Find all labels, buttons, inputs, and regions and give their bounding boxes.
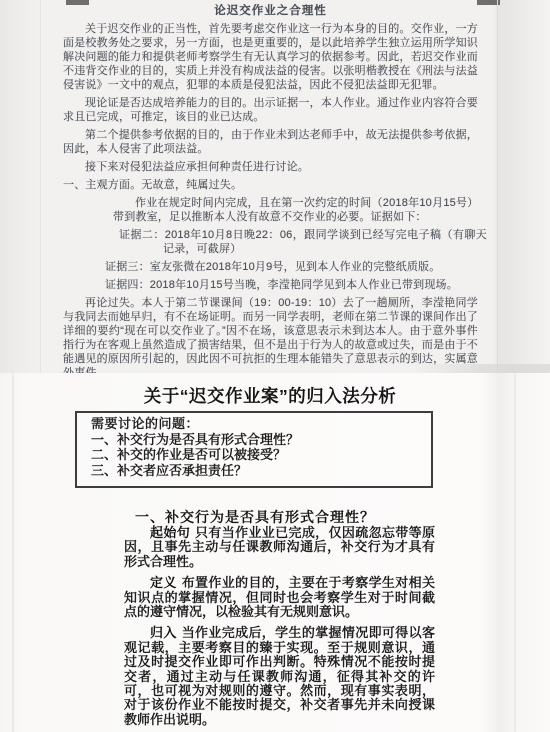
evidence-item-3: 证据三：室友张微在2018年10月9号，见到本人作业的完整纸质版。 [105,260,485,274]
analysis-paragraph-opening: 起始句只有当作业业已完成，仅因疏忽忘带等原因，且事先主动与任课教师沟通后，补交行… [124,526,435,569]
essay-paragraph-purpose: 关于迟交作业的正当性，首先要考虑交作业这一行为本身的目的。交作业，一方面是校教务… [63,22,478,92]
analysis-section-heading: 一、补交行为是否具有形式合理性？ [75,507,435,527]
essay-heading-subjective: 一、主观方面。无故意，纯属过失。 [63,178,478,192]
scan-streak-right [514,373,516,732]
question-item-3: 三、补交者应否承担责任？ [91,463,421,479]
analysis-paragraph-definition: 定义布置作业的目的，主要在于考察学生对相关知识点的掌握情况，但同时也会考察学生对… [124,576,435,619]
questions-box-header: 需要讨论的问题： [91,416,421,432]
essay-paragraph-proof1: 现论证是否达成培养能力的目的。出示证据一，本人作业。通过作业内容符合要求且已完成… [63,96,478,124]
essay-paragraph-transition: 接下来对侵犯法益应承担何种责任进行讨论。 [63,160,478,174]
screenshot-stage: 论迟交作业之合理性 关于迟交作业的正当性，首先要考虑交作业这一行为本身的目的。交… [0,0,550,732]
essay-body: 论迟交作业之合理性 关于迟交作业的正当性，首先要考虑交作业这一行为本身的目的。交… [63,0,478,380]
analysis-text-subsumption: 当作业完成后，学生的掌握情况即可得以客观记载，主要考察目的臻于实现。至于规则意识… [124,625,435,726]
analysis-body: 起始句只有当作业业已完成，仅因疏忽忘带等原因，且事先主动与任课教师沟通后，补交行… [124,526,435,727]
paper-edge-line-left [40,0,41,373]
lead-word-subsumption: 归入 [150,625,177,640]
scan-streak-left [12,373,14,732]
analysis-title: 关于“迟交作业案”的归入法分析 [0,383,540,408]
paper-edge-line-right [497,0,498,373]
evidence-item-2: 证据二：2018年10月8日晚22：06，跟同学谈到已经写完电子稿（有聊天记录，… [119,228,487,256]
lead-word-definition: 定义 [150,575,177,590]
essay-paragraph-homework-done: 作业在规定时间内完成，且在第一次约定的时间（2018年10月15号）带到教室，足… [113,196,473,224]
question-item-2: 二、补交的作业是否可以被接受？ [91,447,421,463]
question-item-1: 一、补交行为是否具有形式合理性？ [91,432,421,448]
lead-word-opening: 起始句 [150,525,190,540]
analysis-sheet-photo: 关于“迟交作业案”的归入法分析 需要讨论的问题： 一、补交行为是否具有形式合理性… [0,373,550,732]
essay-paragraph-proof2: 第二个提供参考依据的目的，由于作业未到达老师手中，故无法提供参考依据，因此，本人… [63,128,478,156]
essay-title: 论迟交作业之合理性 [63,0,478,18]
essay-page-photo: 论迟交作业之合理性 关于迟交作业的正当性，首先要考虑交作业这一行为本身的目的。交… [0,0,550,373]
analysis-paragraph-subsumption: 归入当作业完成后，学生的掌握情况即可得以客观记载，主要考察目的臻于实现。至于规则… [124,626,435,727]
evidence-item-4: 证据四：2018年10月15号当晚，李滢艳同学见到本人作业已带到现场。 [105,278,485,292]
questions-box: 需要讨论的问题： 一、补交行为是否具有形式合理性？ 二、补交的作业是否可以被接受… [75,411,433,488]
